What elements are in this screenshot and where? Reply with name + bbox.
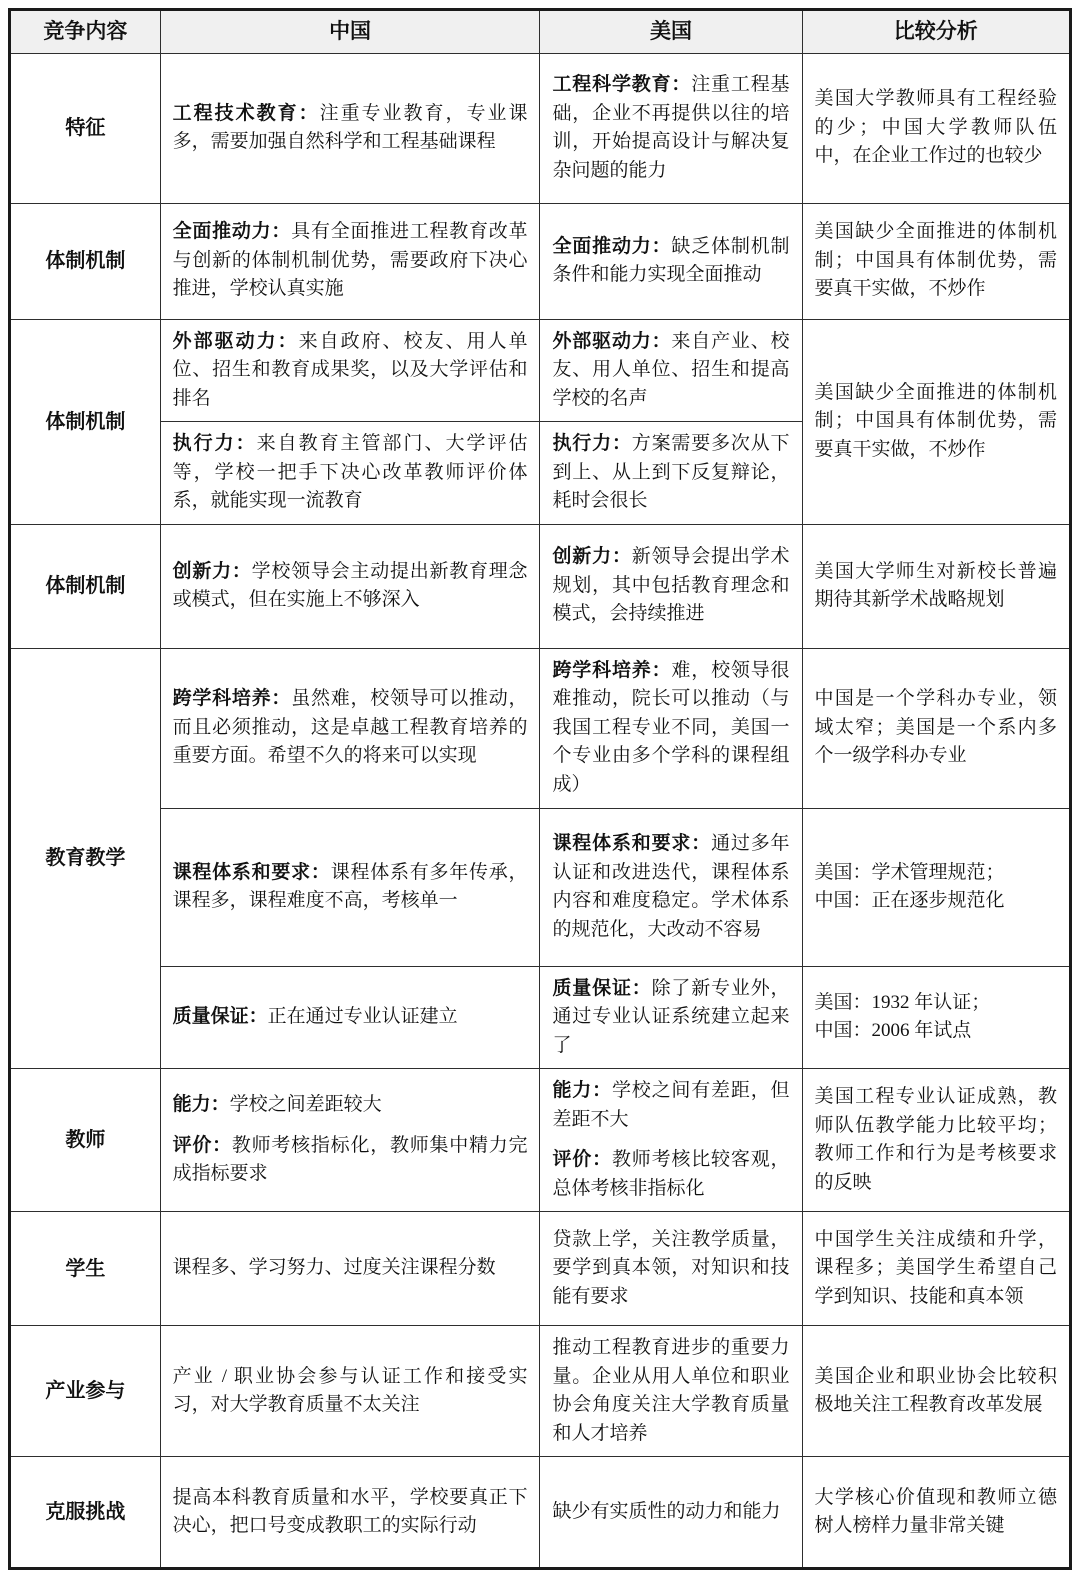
china-cell-challenges: 提高本科教育质量和水平，学校要真正下决心，把口号变成教职工的实际行动: [160, 1457, 540, 1569]
category-cell-industry: 产业参与: [10, 1326, 161, 1457]
analysis-cell-system-1: 美国缺少全面推进的体制机制；中国具有体制优势，需要真干实做，不炒作: [802, 203, 1070, 319]
lead-term: 跨学科培养：: [552, 660, 671, 681]
usa-cell-interdisciplinary: 跨学科培养：难，校领导很难推动，院长可以推动（与我国工程专业不同，美国一个专业由…: [540, 648, 802, 808]
usa-cell-execution: 执行力：方案需要多次从下到上、从上到下反复辩论，耗时会很长: [540, 422, 802, 525]
category-cell-system-2: 体制机制: [10, 319, 161, 524]
row-industry: 产业参与 产业 / 职业协会参与认证工作和接受实习，对大学教育质量不太关注 推动…: [10, 1326, 1071, 1457]
analysis-cell-teachers: 美国工程专业认证成熟，教师队伍教学能力比较平均；教师工作和行为是考核要求的反映: [802, 1069, 1070, 1212]
china-cell-external-drive: 外部驱动力：来自政府、校友、用人单位、招生和教育成果奖，以及大学评估和排名: [160, 319, 540, 422]
category-cell-challenges: 克服挑战: [10, 1457, 161, 1569]
cell-text: 大学核心价值现和教师立德树人榜样力量非常关键: [815, 1484, 1057, 1541]
china-cell-quality: 质量保证：正在通过专业认证建立: [160, 966, 540, 1069]
lead-term: 课程体系和要求：: [173, 862, 331, 883]
lead-term: 能力：: [173, 1094, 230, 1115]
analysis-line-usa: 美国：学术管理规范；: [815, 859, 1057, 888]
lead-term: 能力：: [552, 1080, 611, 1101]
analysis-line-china: 中国：2006 年试点: [815, 1017, 1057, 1046]
cell-text: 美国缺少全面推进的体制机制；中国具有体制优势，需要真干实做，不炒作: [815, 218, 1057, 304]
analysis-cell-quality: 美国：1932 年认证； 中国：2006 年试点: [802, 966, 1070, 1069]
category-cell-teachers: 教师: [10, 1069, 161, 1212]
usa-cell-system-1: 全面推动力：缺乏体制机制条件和能力实现全面推动: [540, 203, 802, 319]
lead-term: 执行力：: [552, 433, 631, 454]
lead-term: 外部驱动力：: [173, 331, 299, 352]
row-teaching-interdisciplinary: 教育教学 跨学科培养：虽然难，校领导可以推动，而且必须推动，这是卓越工程教育培养…: [10, 648, 1071, 808]
row-system-3-innovation: 体制机制 创新力：学校领导会主动提出新教育理念或模式，但在实施上不够深入 创新力…: [10, 524, 1071, 648]
china-cell-industry: 产业 / 职业协会参与认证工作和接受实习，对大学教育质量不太关注: [160, 1326, 540, 1457]
analysis-cell-challenges: 大学核心价值现和教师立德树人榜样力量非常关键: [802, 1457, 1070, 1569]
lead-term: 外部驱动力：: [552, 331, 671, 352]
china-cell-execution: 执行力：来自教育主管部门、大学评估等，学校一把手下决心改革教师评价体系，就能实现…: [160, 422, 540, 525]
cell-text: 美国缺少全面推进的体制机制；中国具有体制优势，需要真干实做，不炒作: [815, 379, 1057, 465]
lead-term: 质量保证：: [173, 1006, 268, 1027]
category-cell-system-3: 体制机制: [10, 524, 161, 648]
analysis-cell-innovation: 美国大学师生对新校长普遍期待其新学术战略规划: [802, 524, 1070, 648]
lead-term: 跨学科培养：: [173, 688, 292, 709]
row-system-1: 体制机制 全面推动力：具有全面推进工程教育改革与创新的体制机制优势，需要政府下决…: [10, 203, 1071, 319]
cell-text: 美国工程专业认证成熟，教师队伍教学能力比较平均；教师工作和行为是考核要求的反映: [815, 1083, 1057, 1197]
cell-text: 产业 / 职业协会参与认证工作和接受实习，对大学教育质量不太关注: [173, 1363, 528, 1420]
row-system-2-external: 体制机制 外部驱动力：来自政府、校友、用人单位、招生和教育成果奖，以及大学评估和…: [10, 319, 1071, 422]
china-cell-innovation: 创新力：学校领导会主动提出新教育理念或模式，但在实施上不够深入: [160, 524, 540, 648]
row-teachers: 教师 能力：学校之间差距较大 评价：教师考核指标化，教师集中精力完成指标要求 能…: [10, 1069, 1071, 1212]
category-cell-students: 学生: [10, 1212, 161, 1326]
cell-text: 美国企业和职业协会比较积极地关注工程教育改革发展: [815, 1363, 1057, 1420]
row-features: 特征 工程技术教育：注重专业教育，专业课多，需要加强自然科学和工程基础课程 工程…: [10, 53, 1071, 203]
row-teaching-curriculum: 课程体系和要求：课程体系有多年传承，课程多，课程难度不高，考核单一 课程体系和要…: [10, 808, 1071, 966]
usa-cell-quality: 质量保证：除了新专业外，通过专业认证系统建立起来了: [540, 966, 802, 1069]
header-col-china: 中国: [160, 10, 540, 54]
lead-term: 质量保证：: [552, 978, 651, 999]
usa-cell-curriculum: 课程体系和要求：通过多年认证和改进迭代，课程体系内容和难度稳定。学术体系的规范化…: [540, 808, 802, 966]
cell-text: 中国是一个学科办专业，领域太窄；美国是一个系内多个一级学科办专业: [815, 685, 1057, 771]
china-cell-system-1: 全面推动力：具有全面推进工程教育改革与创新的体制机制优势，需要政府下决心推进，学…: [160, 203, 540, 319]
analysis-cell-system-2: 美国缺少全面推进的体制机制；中国具有体制优势，需要真干实做，不炒作: [802, 319, 1070, 524]
china-cell-features: 工程技术教育：注重专业教育，专业课多，需要加强自然科学和工程基础课程: [160, 53, 540, 203]
usa-cell-innovation: 创新力：新领导会提出学术规划，其中包括教育理念和模式，会持续推进: [540, 524, 802, 648]
china-cell-curriculum: 课程体系和要求：课程体系有多年传承，课程多，课程难度不高，考核单一: [160, 808, 540, 966]
analysis-line-china: 中国：正在逐步规范化: [815, 887, 1057, 916]
usa-cell-students: 贷款上学，关注教学质量，要学到真本领，对知识和技能有要求: [540, 1212, 802, 1326]
cell-text: 推动工程教育进步的重要力量。企业从用人单位和职业协会角度关注大学教育质量和人才培…: [552, 1334, 789, 1448]
cell-text: 学校之间差距较大: [230, 1094, 382, 1115]
category-cell-system-1: 体制机制: [10, 203, 161, 319]
analysis-cell-students: 中国学生关注成绩和升学，课程多；美国学生希望自己学到知识、技能和真本领: [802, 1212, 1070, 1326]
lead-term: 全面推动力：: [173, 221, 292, 242]
china-cell-students: 课程多、学习努力、过度关注课程分数: [160, 1212, 540, 1326]
cell-text: 正在通过专业认证建立: [268, 1006, 458, 1027]
china-cell-interdisciplinary: 跨学科培养：虽然难，校领导可以推动，而且必须推动，这是卓越工程教育培养的重要方面…: [160, 648, 540, 808]
lead-term: 工程技术教育：: [173, 103, 320, 124]
cell-text: 美国大学师生对新校长普遍期待其新学术战略规划: [815, 558, 1057, 615]
analysis-cell-industry: 美国企业和职业协会比较积极地关注工程教育改革发展: [802, 1326, 1070, 1457]
usa-cell-teachers: 能力：学校之间有差距，但差距不大 评价：教师考核比较客观，总体考核非指标化: [540, 1069, 802, 1212]
row-students: 学生 课程多、学习努力、过度关注课程分数 贷款上学，关注教学质量，要学到真本领，…: [10, 1212, 1071, 1326]
china-cell-teachers: 能力：学校之间差距较大 评价：教师考核指标化，教师集中精力完成指标要求: [160, 1069, 540, 1212]
header-row: 竞争内容 中国 美国 比较分析: [10, 10, 1071, 54]
analysis-cell-features: 美国大学教师具有工程经验的少；中国大学教师队伍中，在企业工作过的也较少: [802, 53, 1070, 203]
cell-text: 缺少有实质性的动力和能力: [552, 1498, 789, 1527]
header-col-content: 竞争内容: [10, 10, 161, 54]
cell-text: 提高本科教育质量和水平，学校要真正下决心，把口号变成教职工的实际行动: [173, 1484, 528, 1541]
comparison-table: 竞争内容 中国 美国 比较分析 特征 工程技术教育：注重专业教育，专业课多，需要…: [8, 8, 1072, 1570]
usa-cell-challenges: 缺少有实质性的动力和能力: [540, 1457, 802, 1569]
lead-term: 创新力：: [173, 561, 252, 582]
usa-cell-features: 工程科学教育：注重工程基础，企业不再提供以往的培训，开始提高设计与解决复杂问题的…: [540, 53, 802, 203]
header-col-usa: 美国: [540, 10, 802, 54]
usa-cell-industry: 推动工程教育进步的重要力量。企业从用人单位和职业协会角度关注大学教育质量和人才培…: [540, 1326, 802, 1457]
lead-term: 全面推动力：: [552, 236, 671, 257]
lead-term: 工程科学教育：: [552, 74, 691, 95]
lead-term: 执行力：: [173, 433, 257, 454]
usa-cell-external-drive: 外部驱动力：来自产业、校友、用人单位、招生和提高学校的名声: [540, 319, 802, 422]
lead-term: 评价：: [552, 1149, 611, 1170]
lead-term: 课程体系和要求：: [552, 833, 711, 854]
row-teaching-quality: 质量保证：正在通过专业认证建立 质量保证：除了新专业外，通过专业认证系统建立起来…: [10, 966, 1071, 1069]
analysis-cell-interdisciplinary: 中国是一个学科办专业，领域太窄；美国是一个系内多个一级学科办专业: [802, 648, 1070, 808]
row-challenges: 克服挑战 提高本科教育质量和水平，学校要真正下决心，把口号变成教职工的实际行动 …: [10, 1457, 1071, 1569]
cell-text: 贷款上学，关注教学质量，要学到真本领，对知识和技能有要求: [552, 1226, 789, 1312]
analysis-cell-curriculum: 美国：学术管理规范； 中国：正在逐步规范化: [802, 808, 1070, 966]
lead-term: 评价：: [173, 1135, 232, 1156]
category-cell-features: 特征: [10, 53, 161, 203]
analysis-line-usa: 美国：1932 年认证；: [815, 989, 1057, 1018]
header-col-analysis: 比较分析: [802, 10, 1070, 54]
page: 竞争内容 中国 美国 比较分析 特征 工程技术教育：注重专业教育，专业课多，需要…: [0, 0, 1080, 1580]
cell-text: 美国大学教师具有工程经验的少；中国大学教师队伍中，在企业工作过的也较少: [815, 85, 1057, 171]
cell-text: 课程多、学习努力、过度关注课程分数: [173, 1254, 528, 1283]
category-cell-teaching: 教育教学: [10, 648, 161, 1069]
cell-text: 中国学生关注成绩和升学，课程多；美国学生希望自己学到知识、技能和真本领: [815, 1226, 1057, 1312]
lead-term: 创新力：: [552, 546, 631, 567]
